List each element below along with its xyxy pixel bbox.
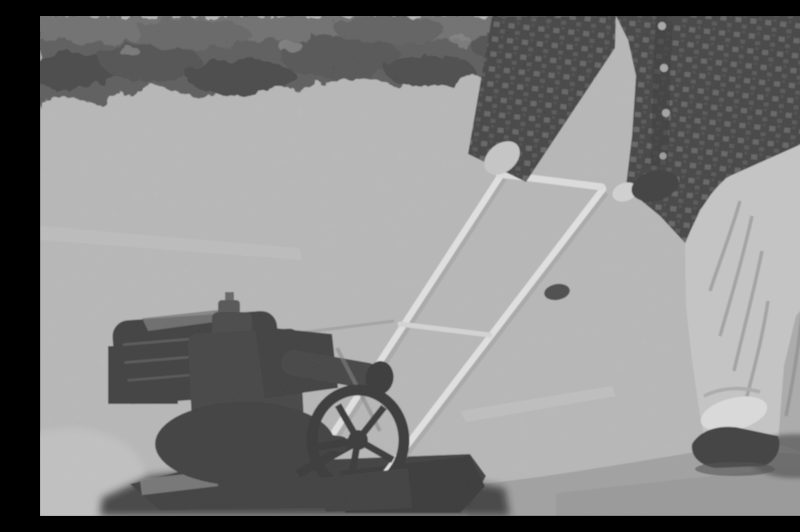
film-grain-overlay <box>40 16 800 516</box>
photo-canvas <box>40 16 800 516</box>
vintage-lawn-mower-photo: Grainy black-and-white photo of a person… <box>40 16 800 516</box>
